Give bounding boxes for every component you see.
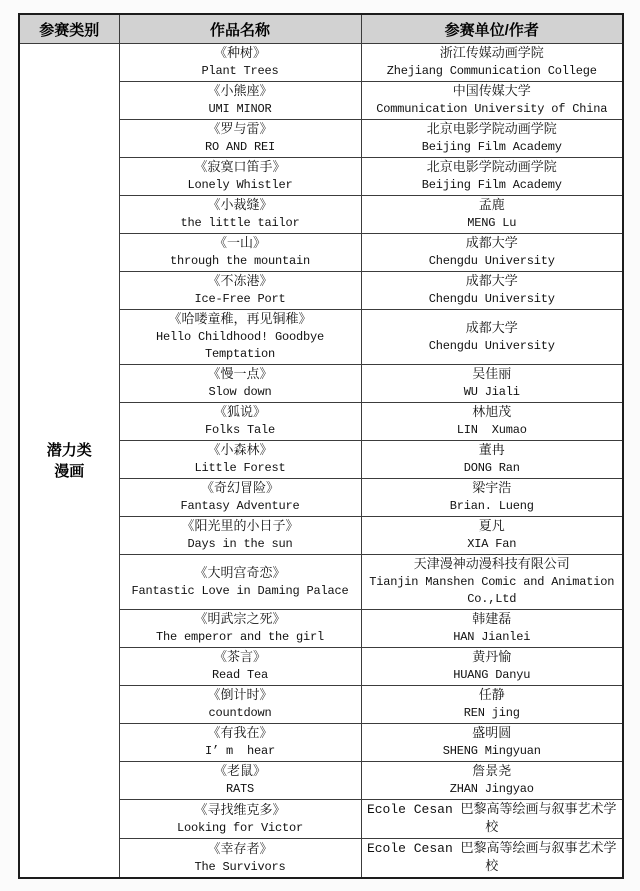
work-title-en: Lonely Whistler [125, 177, 356, 194]
table-header: 参赛类别 作品名称 参赛单位/作者 [19, 14, 623, 44]
work-title-en: UMI MINOR [125, 101, 356, 118]
unit-author-cell: 盛明圆 SHENG Mingyuan [361, 724, 623, 762]
work-title-en: I’ m hear [125, 743, 356, 760]
work-title-cn: 《小裁缝》 [125, 197, 356, 215]
work-title-cn: 《茶言》 [125, 649, 356, 667]
unit-author-cell: 成都大学 Chengdu University [361, 310, 623, 365]
work-title-cell: 《种树》 Plant Trees [119, 44, 361, 82]
unit-author-cell: 成都大学 Chengdu University [361, 272, 623, 310]
unit-author-en: WU Jiali [367, 384, 618, 401]
work-title-cell: 《寻找维克多》 Looking for Victor [119, 800, 361, 839]
work-title-cn: 《小熊座》 [125, 83, 356, 101]
unit-author-cn: 北京电影学院动画学院 [367, 159, 618, 177]
work-title-cn: 《寻找维克多》 [125, 802, 356, 820]
unit-author-cn: 夏凡 [367, 518, 618, 536]
unit-author-cell: 中国传媒大学 Communication University of China [361, 82, 623, 120]
work-title-cn: 《慢一点》 [125, 366, 356, 384]
work-title-en: countdown [125, 705, 356, 722]
work-title-cn: 《种树》 [125, 45, 356, 63]
unit-author-cn: 韩建磊 [367, 611, 618, 629]
page: 参赛类别 作品名称 参赛单位/作者 潜力类漫画 《种树》 Plant Trees… [0, 0, 640, 891]
work-title-cell: 《不冻港》 Ice-Free Port [119, 272, 361, 310]
work-title-en: Read Tea [125, 667, 356, 684]
header-row: 参赛类别 作品名称 参赛单位/作者 [19, 14, 623, 44]
unit-author-en: Chengdu University [367, 253, 618, 270]
unit-author-cn: 林旭茂 [367, 404, 618, 422]
unit-author-en: Chengdu University [367, 291, 618, 308]
unit-author-cell: 黄丹愉 HUANG Danyu [361, 648, 623, 686]
unit-author-cell: 夏凡 XIA Fan [361, 517, 623, 555]
unit-author-cn: 北京电影学院动画学院 [367, 121, 618, 139]
work-title-cn: 《罗与雷》 [125, 121, 356, 139]
work-title-cn: 《倒计时》 [125, 687, 356, 705]
unit-author-cn: 成都大学 [367, 235, 618, 253]
work-title-cell: 《有我在》 I’ m hear [119, 724, 361, 762]
unit-author-en: Communication University of China [367, 101, 618, 118]
work-title-en: Days in the sun [125, 536, 356, 553]
work-title-cell: 《小森林》 Little Forest [119, 441, 361, 479]
header-unit-author: 参赛单位/作者 [361, 14, 623, 44]
unit-author-en: Brian. Lueng [367, 498, 618, 515]
work-title-cell: 《寂寞口笛手》 Lonely Whistler [119, 158, 361, 196]
work-title-cell: 《狐说》 Folks Tale [119, 403, 361, 441]
entries-table: 参赛类别 作品名称 参赛单位/作者 潜力类漫画 《种树》 Plant Trees… [18, 13, 624, 879]
work-title-cn: 《一山》 [125, 235, 356, 253]
work-title-en: Hello Childhood! Goodbye Temptation [125, 329, 356, 363]
unit-author-cn: 梁宇浩 [367, 480, 618, 498]
unit-author-cn: 中国传媒大学 [367, 83, 618, 101]
unit-author-en: Zhejiang Communication College [367, 63, 618, 80]
unit-author-en: HUANG Danyu [367, 667, 618, 684]
work-title-en: through the mountain [125, 253, 356, 270]
work-title-cn: 《小森林》 [125, 442, 356, 460]
work-title-cell: 《慢一点》 Slow down [119, 365, 361, 403]
work-title-cell: 《小裁缝》 the little tailor [119, 196, 361, 234]
unit-author-cell: 詹景尧 ZHAN Jingyao [361, 762, 623, 800]
work-title-cell: 《小熊座》 UMI MINOR [119, 82, 361, 120]
work-title-cn: 《老鼠》 [125, 763, 356, 781]
unit-author-en: XIA Fan [367, 536, 618, 553]
work-title-cell: 《倒计时》 countdown [119, 686, 361, 724]
work-title-en: RATS [125, 781, 356, 798]
unit-author-cn: 天津漫神动漫科技有限公司 [367, 556, 618, 574]
work-title-en: Plant Trees [125, 63, 356, 80]
unit-author-en: HAN Jianlei [367, 629, 618, 646]
unit-author-cn: 孟鹿 [367, 197, 618, 215]
unit-author-cell: 林旭茂 LIN Xumao [361, 403, 623, 441]
table-row: 潜力类漫画 《种树》 Plant Trees 浙江传媒动画学院 Zhejiang… [19, 44, 623, 82]
unit-author-en: Beijing Film Academy [367, 139, 618, 156]
work-title-cell: 《幸存者》 The Survivors [119, 839, 361, 879]
unit-author-cell: 董冉 DONG Ran [361, 441, 623, 479]
work-title-cell: 《大明宫奇恋》 Fantastic Love in Daming Palace [119, 555, 361, 610]
work-title-cn: 《明武宗之死》 [125, 611, 356, 629]
category-cell: 潜力类漫画 [19, 44, 119, 879]
header-category: 参赛类别 [19, 14, 119, 44]
work-title-cn: 《有我在》 [125, 725, 356, 743]
work-title-cn: 《狐说》 [125, 404, 356, 422]
unit-author-cn: 董冉 [367, 442, 618, 460]
category-line1: 潜力类 [22, 440, 117, 461]
work-title-en: the little tailor [125, 215, 356, 232]
unit-author-cell: 北京电影学院动画学院 Beijing Film Academy [361, 120, 623, 158]
unit-author-en: REN jing [367, 705, 618, 722]
unit-author-cell: 北京电影学院动画学院 Beijing Film Academy [361, 158, 623, 196]
header-work-title: 作品名称 [119, 14, 361, 44]
work-title-cell: 《哈喽童稚，再见铜稚》 Hello Childhood! Goodbye Tem… [119, 310, 361, 365]
unit-author-en: Tianjin Manshen Comic and Animation Co.,… [367, 574, 618, 608]
unit-author-cell: 梁宇浩 Brian. Lueng [361, 479, 623, 517]
work-title-cn: 《不冻港》 [125, 273, 356, 291]
work-title-en: Fantasy Adventure [125, 498, 356, 515]
unit-author-en: MENG Lu [367, 215, 618, 232]
work-title-en: Looking for Victor [125, 820, 356, 837]
unit-author-en: Beijing Film Academy [367, 177, 618, 194]
unit-author-cn: 黄丹愉 [367, 649, 618, 667]
table-body: 潜力类漫画 《种树》 Plant Trees 浙江传媒动画学院 Zhejiang… [19, 44, 623, 879]
unit-author-cn: 成都大学 [367, 273, 618, 291]
unit-author-en: Chengdu University [367, 338, 618, 355]
work-title-cell: 《奇幻冒险》 Fantasy Adventure [119, 479, 361, 517]
unit-author-cell: 天津漫神动漫科技有限公司 Tianjin Manshen Comic and A… [361, 555, 623, 610]
unit-author-cell: 孟鹿 MENG Lu [361, 196, 623, 234]
unit-author-cell: Ecole Cesan 巴黎高等绘画与叙事艺术学校 [361, 800, 623, 839]
unit-author-en: SHENG Mingyuan [367, 743, 618, 760]
work-title-en: The Survivors [125, 859, 356, 876]
unit-author-cn: 詹景尧 [367, 763, 618, 781]
work-title-en: Fantastic Love in Daming Palace [125, 583, 356, 600]
work-title-cn: 《寂寞口笛手》 [125, 159, 356, 177]
work-title-en: Little Forest [125, 460, 356, 477]
work-title-cell: 《明武宗之死》 The emperor and the girl [119, 610, 361, 648]
work-title-cn: 《哈喽童稚，再见铜稚》 [125, 311, 356, 329]
unit-author-cn: 成都大学 [367, 320, 618, 338]
unit-author-cn: 任静 [367, 687, 618, 705]
unit-author-cn: Ecole Cesan 巴黎高等绘画与叙事艺术学校 [367, 801, 618, 837]
work-title-en: Folks Tale [125, 422, 356, 439]
work-title-cell: 《老鼠》 RATS [119, 762, 361, 800]
work-title-cn: 《阳光里的小日子》 [125, 518, 356, 536]
unit-author-cell: 任静 REN jing [361, 686, 623, 724]
unit-author-cn: 浙江传媒动画学院 [367, 45, 618, 63]
work-title-cell: 《罗与雷》 RO AND REI [119, 120, 361, 158]
unit-author-en: ZHAN Jingyao [367, 781, 618, 798]
unit-author-en: LIN Xumao [367, 422, 618, 439]
work-title-cell: 《一山》 through the mountain [119, 234, 361, 272]
unit-author-cell: 韩建磊 HAN Jianlei [361, 610, 623, 648]
work-title-cn: 《大明宫奇恋》 [125, 565, 356, 583]
work-title-cell: 《阳光里的小日子》 Days in the sun [119, 517, 361, 555]
unit-author-cell: 成都大学 Chengdu University [361, 234, 623, 272]
category-line2: 漫画 [22, 461, 117, 482]
work-title-cell: 《茶言》 Read Tea [119, 648, 361, 686]
work-title-en: Slow down [125, 384, 356, 401]
work-title-en: The emperor and the girl [125, 629, 356, 646]
unit-author-cell: Ecole Cesan 巴黎高等绘画与叙事艺术学校 [361, 839, 623, 879]
unit-author-en: DONG Ran [367, 460, 618, 477]
unit-author-cell: 浙江传媒动画学院 Zhejiang Communication College [361, 44, 623, 82]
unit-author-cn: Ecole Cesan 巴黎高等绘画与叙事艺术学校 [367, 840, 618, 876]
unit-author-cn: 吴佳丽 [367, 366, 618, 384]
work-title-en: Ice-Free Port [125, 291, 356, 308]
work-title-cn: 《奇幻冒险》 [125, 480, 356, 498]
work-title-cn: 《幸存者》 [125, 841, 356, 859]
work-title-en: RO AND REI [125, 139, 356, 156]
unit-author-cell: 吴佳丽 WU Jiali [361, 365, 623, 403]
unit-author-cn: 盛明圆 [367, 725, 618, 743]
